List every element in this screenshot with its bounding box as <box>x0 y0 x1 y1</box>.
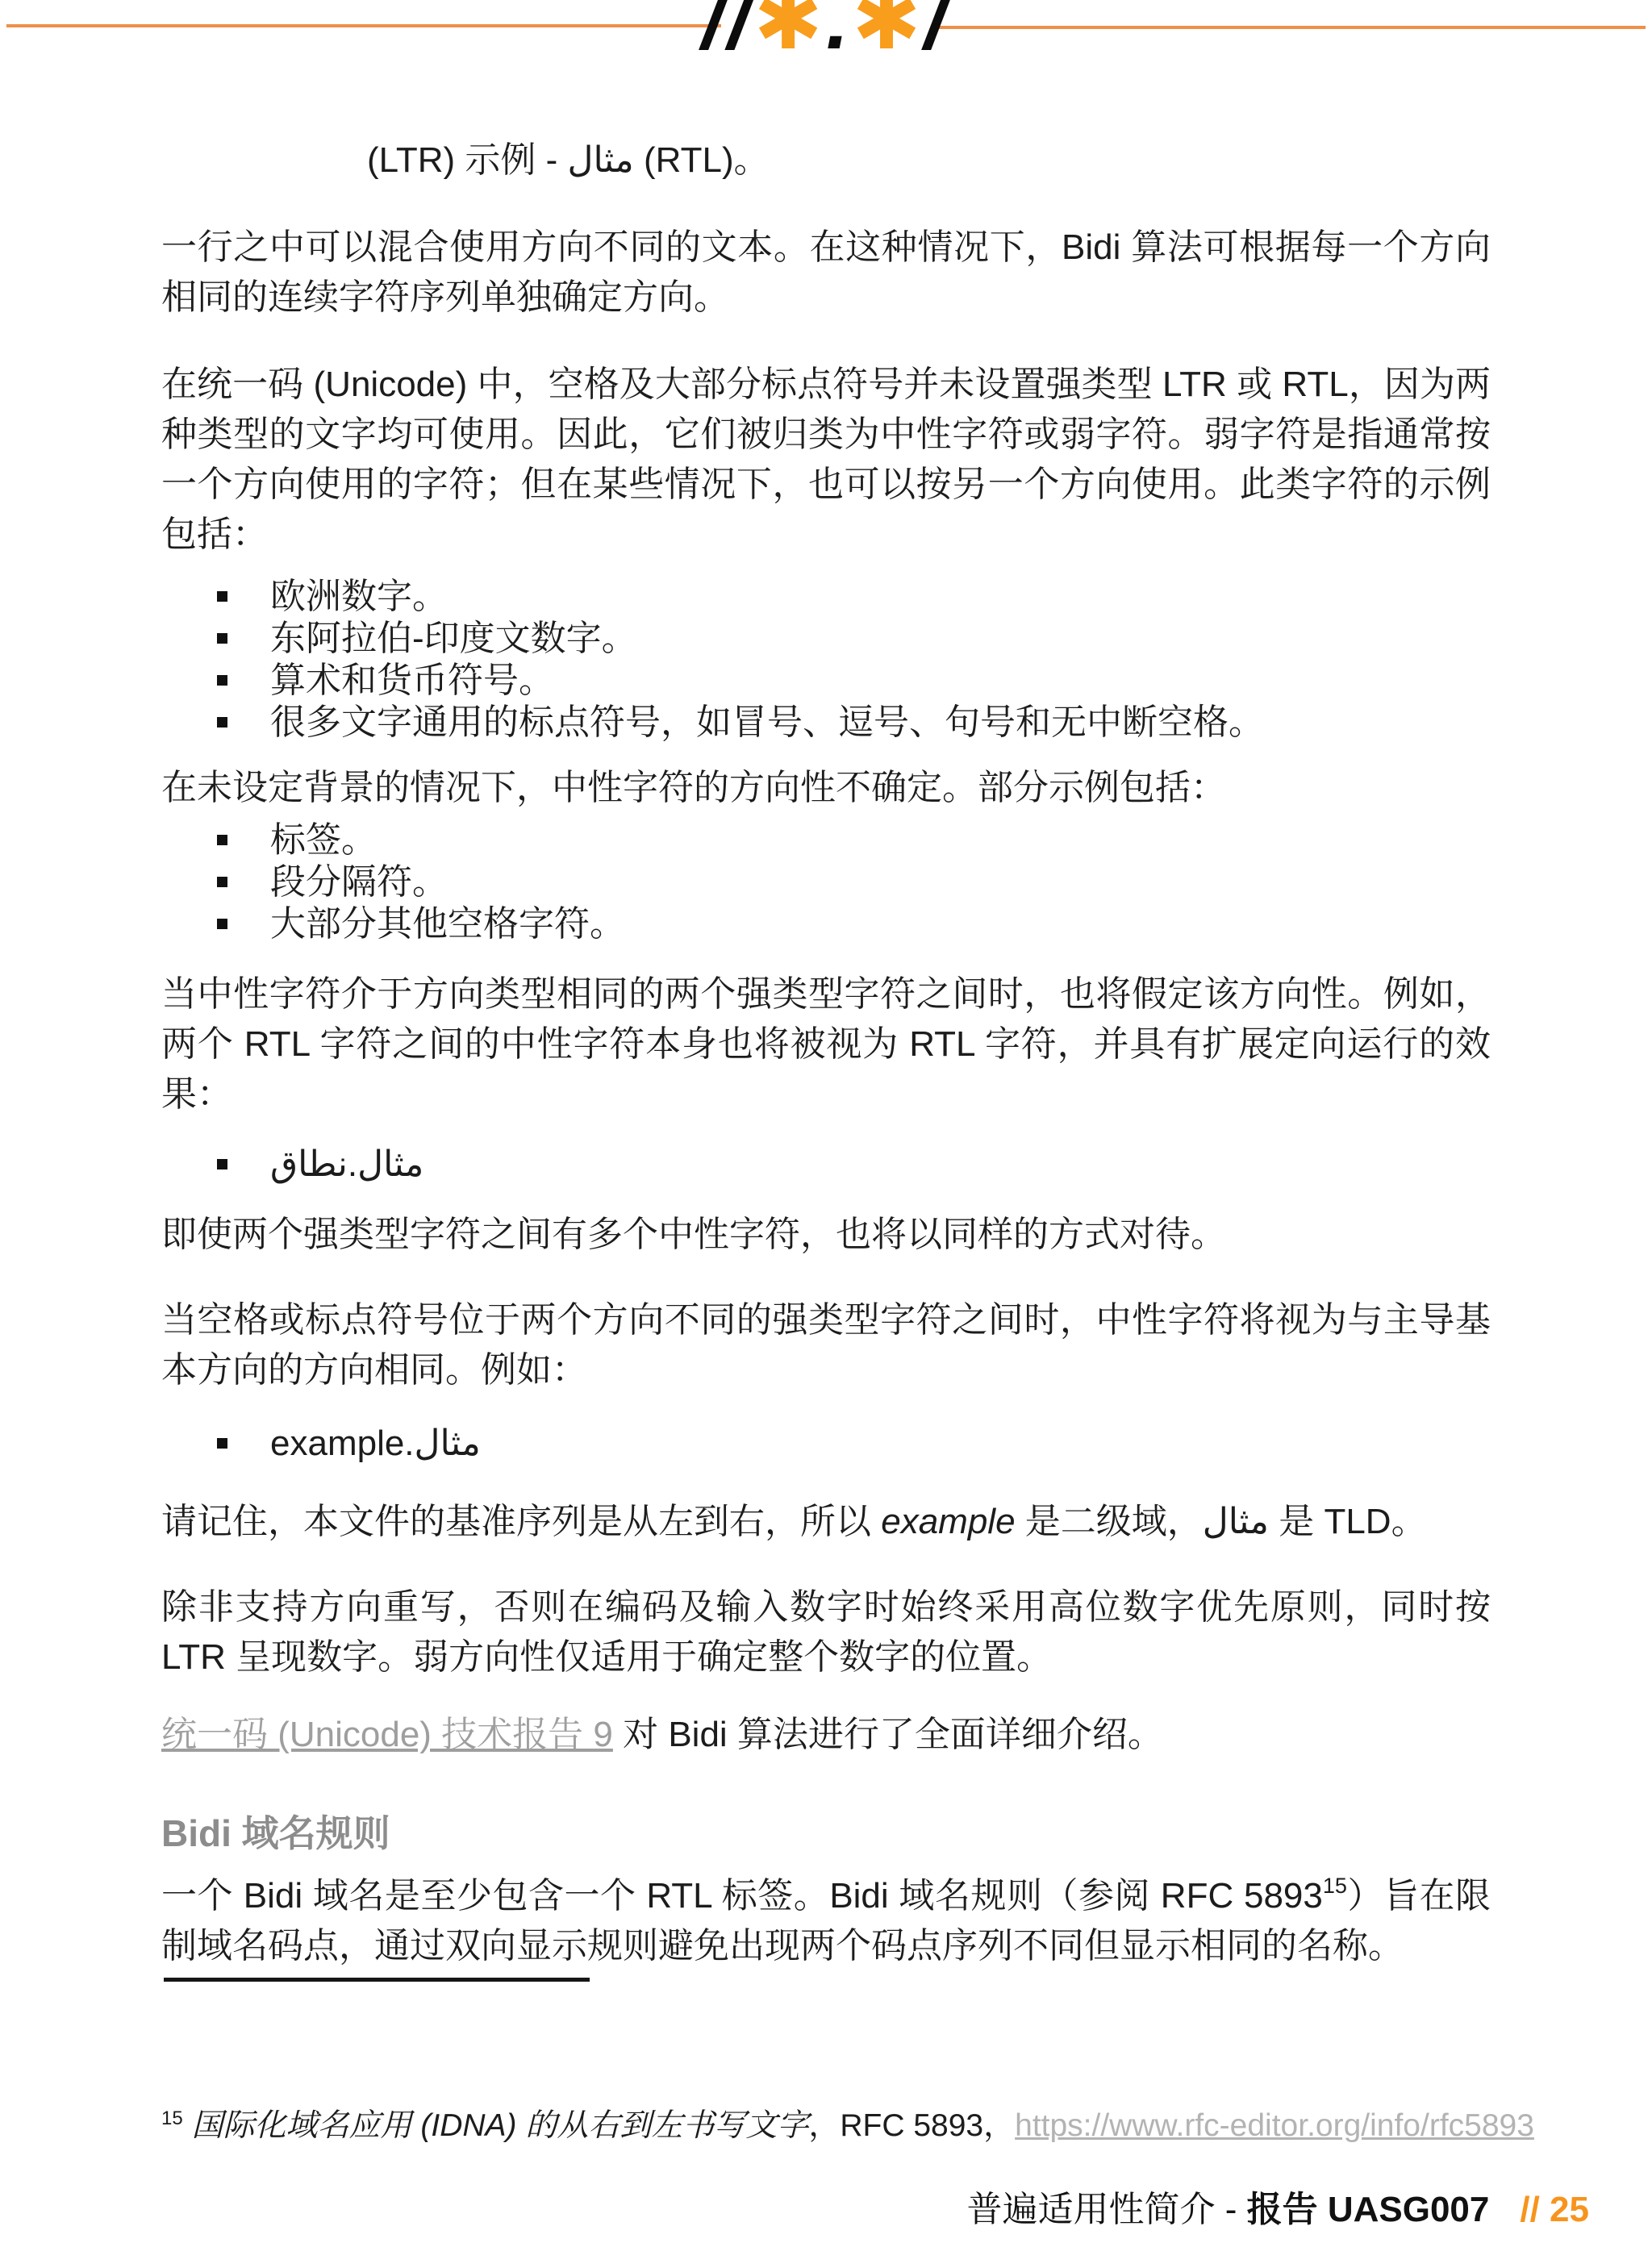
logo-dot-icon: . <box>826 0 852 66</box>
list-item: 段分隔符。 <box>270 861 1491 903</box>
bullet-square-icon <box>217 591 227 602</box>
text-run: 是二级域， <box>1016 1502 1203 1541</box>
footnote-italic-title: 国际化域名应用 (IDNA) 的从右到左书写文字 <box>192 2108 809 2143</box>
list-item-text: 很多文字通用的标点符号，如冒号、逗号、句号和无中断空格。 <box>270 702 1264 742</box>
text-run: 请记住，本文件的基准序列是从左到右，所以 <box>161 1502 881 1541</box>
paragraph-neutral-between-directions: 当空格或标点符号位于两个方向不同的强类型字符之间时，中性字符将视为与主导基本方向… <box>161 1295 1491 1395</box>
intro-example-line: (LTR) 示例 - مثال (RTL)。 <box>161 135 1491 186</box>
rtl-domain-example-list: مثال.نطاق <box>161 1144 1491 1186</box>
footnote-ref-15: 15 <box>1323 1874 1347 1898</box>
paragraph-multiple-neutrals: 即使两个强类型字符之间有多个中性字符，也将以同样的方式对待。 <box>161 1210 1491 1260</box>
list-item: 标签。 <box>270 819 1491 861</box>
list-item-text: 东阿拉伯-印度文数字。 <box>270 619 637 658</box>
paragraph-digit-order: 除非支持方向重写，否则在编码及输入数字时始终采用高位数字优先原则，同时按 LTR… <box>161 1582 1491 1682</box>
footnote-separator <box>164 1978 590 1982</box>
mixed-domain-example: example.مثال <box>270 1424 481 1463</box>
example-italic: example <box>881 1502 1015 1541</box>
list-item: 欧洲数字。 <box>270 576 1491 618</box>
paragraph-mixed-direction: 一行之中可以混合使用方向不同的文本。在这种情况下，Bidi 算法可根据每一个方向… <box>161 223 1491 323</box>
rtl-domain-example: مثال.نطاق <box>270 1144 423 1184</box>
document-page: //✱.✱/ (LTR) 示例 - مثال (RTL)。 一行之中可以混合使用… <box>0 0 1652 2268</box>
footer-doc-title: 普遍适用性简介 - <box>967 2190 1247 2229</box>
section-heading-bidi-rule: Bidi 域名规则 <box>161 1808 1491 1858</box>
text-run: 是 TLD。 <box>1269 1502 1427 1541</box>
bullet-square-icon <box>217 835 227 845</box>
list-item: example.مثال <box>270 1423 1491 1465</box>
bullet-square-icon <box>217 717 227 728</box>
mixed-domain-example-list: example.مثال <box>161 1423 1491 1465</box>
rfc5893-link[interactable]: https://www.rfc-editor.org/info/rfc5893 <box>1015 2108 1534 2143</box>
bullet-square-icon <box>217 919 227 929</box>
bullet-square-icon <box>217 877 227 887</box>
list-item-text: 欧洲数字。 <box>270 577 448 616</box>
paragraph-remember-base-order: 请记住，本文件的基准序列是从左到右，所以 example 是二级域，مثال 是… <box>161 1497 1491 1547</box>
arabic-tld: مثال <box>1203 1502 1269 1541</box>
logo-asterisk-icon: ✱ <box>852 0 924 66</box>
paragraph-bidi-rule: 一个 Bidi 域名是至少包含一个 RTL 标签。Bidi 域名规则（参阅 RF… <box>161 1871 1491 1971</box>
paragraph-unicode-report: 统一码 (Unicode) 技术报告 9 对 Bidi 算法进行了全面详细介绍。 <box>161 1710 1491 1760</box>
list-item-text: 段分隔符。 <box>270 862 448 902</box>
logo-slashes-icon: // <box>702 0 754 66</box>
main-content: (LTR) 示例 - مثال (RTL)。 一行之中可以混合使用方向不同的文本… <box>161 135 1491 1971</box>
list-item-text: 大部分其他空格字符。 <box>270 904 625 944</box>
logo-asterisk-icon: ✱ <box>754 0 826 66</box>
unicode-tr9-link[interactable]: 统一码 (Unicode) 技术报告 9 <box>161 1715 613 1754</box>
footer-doc-id: 报告 UASG007 <box>1247 2190 1490 2229</box>
list-item: 东阿拉伯-印度文数字。 <box>270 618 1491 660</box>
logo-slash-icon: / <box>924 0 950 66</box>
list-item-text: 标签。 <box>270 820 377 860</box>
footnote-15: 15 国际化域名应用 (IDNA) 的从右到左书写文字，RFC 5893，htt… <box>161 2103 1613 2149</box>
text-run: 一个 Bidi 域名是至少包含一个 RTL 标签。Bidi 域名规则（参阅 RF… <box>161 1876 1323 1916</box>
list-item: مثال.نطاق <box>270 1144 1491 1186</box>
paragraph-unicode-neutral: 在统一码 (Unicode) 中，空格及大部分标点符号并未设置强类型 LTR 或… <box>161 360 1491 560</box>
bullet-square-icon <box>217 633 227 644</box>
footer-page-number: // 25 <box>1520 2190 1589 2229</box>
paragraph-neutral-between-strong: 当中性字符介于方向类型相同的两个强类型字符之间时，也将假定该方向性。例如，两个 … <box>161 969 1491 1119</box>
bullet-square-icon <box>217 675 227 686</box>
page-footer: 普遍适用性简介 - 报告 UASG007// 25 <box>967 2187 1590 2233</box>
neutral-character-examples-list: 标签。 段分隔符。 大部分其他空格字符。 <box>161 819 1491 945</box>
weak-character-examples-list: 欧洲数字。 东阿拉伯-印度文数字。 算术和货币符号。 很多文字通用的标点符号，如… <box>161 576 1491 744</box>
bullet-square-icon <box>217 1438 227 1449</box>
text-run: 对 Bidi 算法进行了全面详细介绍。 <box>613 1715 1163 1754</box>
list-item-text: 算术和货币符号。 <box>270 661 554 700</box>
footnote-number: 15 <box>161 2107 183 2129</box>
bullet-square-icon <box>217 1159 227 1169</box>
list-item: 算术和货币符号。 <box>270 660 1491 702</box>
paragraph-neutral-undetermined: 在未设定背景的情况下，中性字符的方向性不确定。部分示例包括： <box>161 763 1491 813</box>
list-item: 大部分其他空格字符。 <box>270 903 1491 945</box>
list-item: 很多文字通用的标点符号，如冒号、逗号、句号和无中断空格。 <box>270 702 1491 744</box>
footnote-mid: ，RFC 5893， <box>808 2108 1015 2143</box>
uasg-logo: //✱.✱/ <box>0 0 1652 61</box>
